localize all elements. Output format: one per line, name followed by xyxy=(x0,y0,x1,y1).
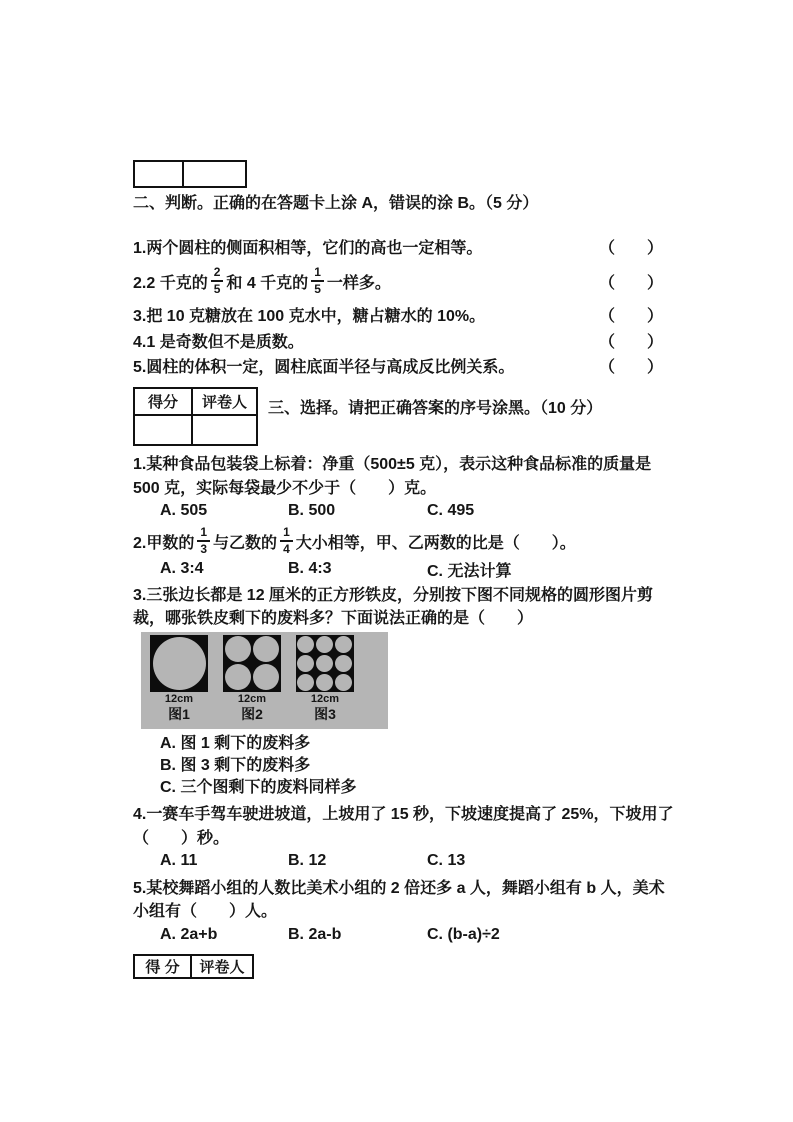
mc-q4-options: A. 11 B. 12 C. 13 xyxy=(133,851,663,871)
tf-question-1: 1.两个圆柱的侧面积相等，它们的高也一定相等。 （ ） xyxy=(133,236,663,256)
fraction-two-fifths: 2 5 xyxy=(211,266,224,296)
mc-question-4: 4.一赛车手驾车驶进坡道，上坡用了 15 秒，下坡速度提高了 25%，下坡用了 … xyxy=(133,803,663,871)
mc-q5-option-c: C. (b-a)÷2 xyxy=(427,926,663,944)
mc-q4-line2: （ ）秒。 xyxy=(133,827,663,851)
mc-q4-option-a: A. 11 xyxy=(160,852,288,870)
tf-q2-part1: 2.2 千克的 xyxy=(133,270,208,293)
top-score-box-cell-grader xyxy=(183,161,246,187)
cut-circle xyxy=(316,655,333,672)
fraction-numerator: 1 xyxy=(197,526,210,542)
cut-circle xyxy=(253,636,279,662)
figure-3-column: 12cm 图3 xyxy=(296,635,354,729)
figure-3-size-label: 12cm xyxy=(311,692,339,706)
mc-q4-option-c: C. 13 xyxy=(427,852,663,870)
section3-heading: 三、选择。请把正确答案的序号涂黑。（10 分） xyxy=(268,399,602,419)
mc-q2-option-b: B. 4:3 xyxy=(288,560,427,578)
tf-question-1-answer-blank: （ ） xyxy=(599,235,663,258)
figure-2-column: 12cm 图2 xyxy=(223,635,281,729)
mc-question-5: 5.某校舞蹈小组的人数比美术小组的 2 倍还多 a 人，舞蹈小组有 b 人，美术… xyxy=(133,877,663,945)
fraction-one-quarter: 1 4 xyxy=(280,526,293,556)
tf-q2-part3: 一样多。 xyxy=(327,270,391,293)
mc-q1-option-a: A. 505 xyxy=(160,502,288,520)
top-score-box xyxy=(133,160,247,188)
cut-circle xyxy=(253,664,279,690)
figure-2-size-label: 12cm xyxy=(238,692,266,706)
cut-circle xyxy=(335,636,352,653)
mc-q3-line1: 3.三张边长都是 12 厘米的正方形铁皮，分别按下图不同规格的圆形图片剪 xyxy=(133,584,663,607)
figure-3-caption: 图3 xyxy=(314,706,336,722)
tf-q2-part2: 和 4 千克的 xyxy=(226,270,308,293)
tf-question-4-answer-blank: （ ） xyxy=(599,329,663,352)
mc-q4-line1: 4.一赛车手驾车驶进坡道，上坡用了 15 秒，下坡速度提高了 25%，下坡用了 xyxy=(133,803,663,827)
tf-question-2-answer-blank: （ ） xyxy=(599,270,663,293)
tf-question-1-text: 1.两个圆柱的侧面积相等，它们的高也一定相等。 xyxy=(133,235,482,258)
mc-q2-option-a: A. 3:4 xyxy=(160,560,288,578)
cut-circle xyxy=(297,655,314,672)
bottom-score-table-header-score: 得 分 xyxy=(134,955,191,978)
tf-question-5-text: 5.圆柱的体积一定，圆柱底面半径与高成反比例关系。 xyxy=(133,354,514,377)
figure-1-square xyxy=(150,635,208,692)
fraction-one-fifth: 1 5 xyxy=(311,266,324,296)
mc-q3-option-a: A. 图 1 剩下的废料多 xyxy=(133,733,663,755)
cut-circle xyxy=(335,655,352,672)
tf-question-4-text: 4.1 是奇数但不是质数。 xyxy=(133,329,304,352)
score-table-empty-grader xyxy=(192,415,257,445)
cut-circle xyxy=(225,636,251,662)
figure-2-caption: 图2 xyxy=(241,706,263,722)
mc-q2-text: 2.甲数的 1 3 与乙数的 1 4 大小相等，甲、乙两数的比是（ ）。 xyxy=(133,523,663,559)
tf-question-3: 3.把 10 克糖放在 100 克水中，糖占糖水的 10%。 （ ） xyxy=(133,304,663,324)
circles-figure-panel: 12cm 图1 12cm 图2 12cm 图3 xyxy=(141,632,388,729)
mc-q1-option-c: C. 495 xyxy=(427,502,663,520)
mc-q5-line1: 5.某校舞蹈小组的人数比美术小组的 2 倍还多 a 人，舞蹈小组有 b 人，美术 xyxy=(133,877,663,900)
mc-q2-options: A. 3:4 B. 4:3 C. 无法计算 xyxy=(133,559,663,579)
fraction-denominator: 5 xyxy=(314,282,321,296)
fraction-denominator: 4 xyxy=(283,542,290,556)
mc-q5-option-a: A. 2a+b xyxy=(160,926,288,944)
bottom-score-table-header-grader: 评卷人 xyxy=(191,955,253,978)
mc-q1-line1: 1.某种食品包装袋上标着：净重（500±5 克），表示这种食品标准的质量是 xyxy=(133,453,663,477)
exam-page: 二、判断。正确的在答题卡上涂 A，错误的涂 B。（5 分） 1.两个圆柱的侧面积… xyxy=(0,0,793,1122)
mc-q5-options: A. 2a+b B. 2a-b C. (b-a)÷2 xyxy=(133,925,663,945)
mc-q2-part1: 2.甲数的 xyxy=(133,530,194,553)
mc-q3-line2: 裁，哪张铁皮剩下的废料多？下面说法正确的是（ ） xyxy=(133,607,663,630)
figure-1-size-label: 12cm xyxy=(165,692,193,706)
mc-q1-options: A. 505 B. 500 C. 495 xyxy=(133,501,663,521)
fraction-one-third: 1 3 xyxy=(197,526,210,556)
cut-circle xyxy=(153,637,206,690)
mc-question-1: 1.某种食品包装袋上标着：净重（500±5 克），表示这种食品标准的质量是 50… xyxy=(133,453,663,521)
mc-q2-option-c: C. 无法计算 xyxy=(427,558,663,581)
mc-q5-option-b: B. 2a-b xyxy=(288,926,427,944)
figure-1-caption: 图1 xyxy=(168,706,190,722)
tf-question-5-answer-blank: （ ） xyxy=(599,354,663,377)
score-table-header-score: 得分 xyxy=(134,388,192,415)
score-table-header-grader: 评卷人 xyxy=(192,388,257,415)
tf-question-2: 2.2 千克的 2 5 和 4 千克的 1 5 一样多。 （ ） xyxy=(133,261,663,301)
fraction-numerator: 1 xyxy=(280,526,293,542)
section2-heading: 二、判断。正确的在答题卡上涂 A，错误的涂 B。（5 分） xyxy=(133,194,663,214)
mc-q1-option-b: B. 500 xyxy=(288,502,427,520)
mc-q2-part3: 大小相等，甲、乙两数的比是（ ）。 xyxy=(296,530,576,553)
score-row: 得分 评卷人 三、选择。请把正确答案的序号涂黑。（10 分） xyxy=(133,387,663,446)
cut-circle xyxy=(316,674,333,691)
tf-question-2-text: 2.2 千克的 2 5 和 4 千克的 1 5 一样多。 xyxy=(133,266,391,296)
score-table-empty-score xyxy=(134,415,192,445)
mc-q4-option-b: B. 12 xyxy=(288,852,427,870)
score-table: 得分 评卷人 xyxy=(133,387,258,446)
tf-question-3-answer-blank: （ ） xyxy=(599,303,663,326)
fraction-denominator: 3 xyxy=(200,542,207,556)
mc-q5-line2: 小组有（ ）人。 xyxy=(133,900,663,923)
cut-circle xyxy=(316,636,333,653)
figure-3-square xyxy=(296,635,354,692)
cut-circle xyxy=(225,664,251,690)
cut-circle xyxy=(297,674,314,691)
mc-question-2: 2.甲数的 1 3 与乙数的 1 4 大小相等，甲、乙两数的比是（ ）。 A. … xyxy=(133,523,663,579)
tf-question-3-text: 3.把 10 克糖放在 100 克水中，糖占糖水的 10%。 xyxy=(133,303,485,326)
cut-circle xyxy=(297,636,314,653)
tf-question-4: 4.1 是奇数但不是质数。 （ ） xyxy=(133,330,663,350)
figure-1-column: 12cm 图1 xyxy=(150,635,208,729)
figure-2-square xyxy=(223,635,281,692)
fraction-denominator: 5 xyxy=(214,282,221,296)
top-score-box-cell-score xyxy=(134,161,183,187)
cut-circle xyxy=(335,674,352,691)
mc-q1-line2: 500 克，实际每袋最少不少于（ ）克。 xyxy=(133,477,663,501)
mc-q2-part2: 与乙数的 xyxy=(213,530,277,553)
bottom-score-table: 得 分 评卷人 xyxy=(133,954,254,979)
mc-q3-option-b: B. 图 3 剩下的废料多 xyxy=(133,755,663,777)
mc-question-3: 3.三张边长都是 12 厘米的正方形铁皮，分别按下图不同规格的圆形图片剪 裁，哪… xyxy=(133,584,663,799)
mc-q3-option-c: C. 三个图剩下的废料同样多 xyxy=(133,777,663,799)
fraction-numerator: 1 xyxy=(311,266,324,282)
tf-question-5: 5.圆柱的体积一定，圆柱底面半径与高成反比例关系。 （ ） xyxy=(133,355,663,375)
fraction-numerator: 2 xyxy=(211,266,224,282)
